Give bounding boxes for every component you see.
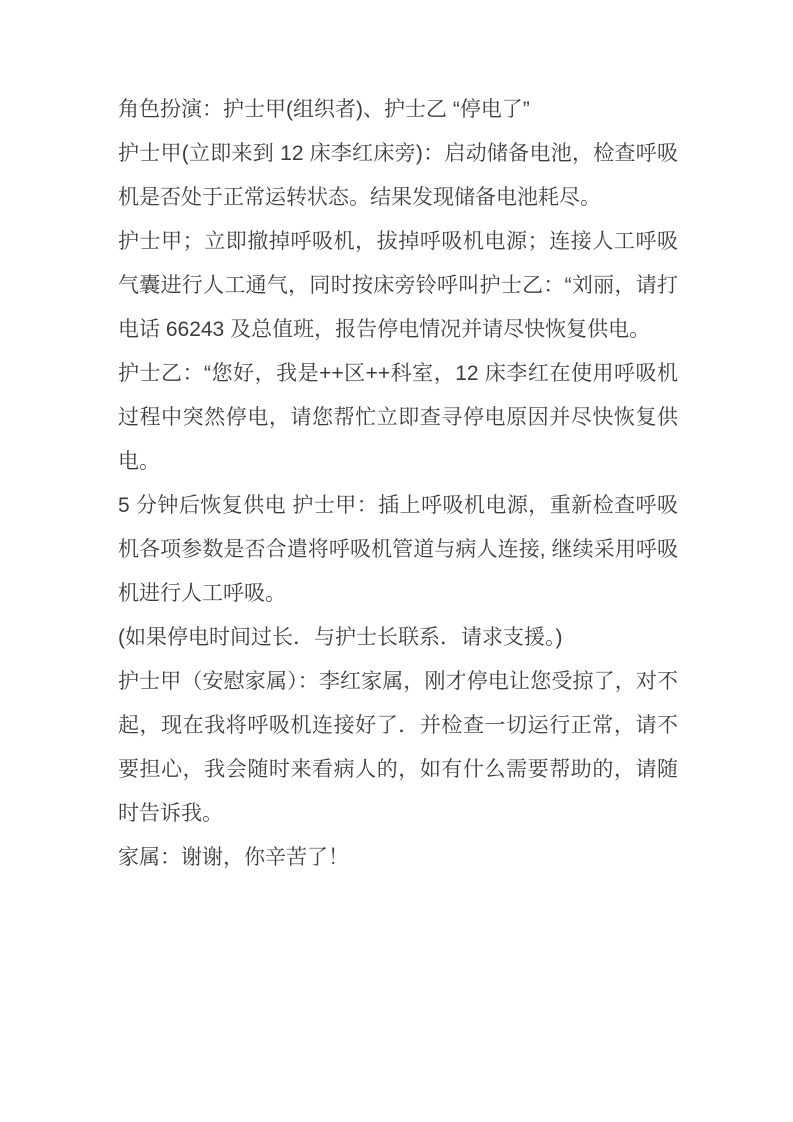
- paragraph-power-restored: 5 分钟后恢复供电 护士甲：插上呼吸机电源，重新检查呼吸机各项参数是否合遣将呼吸…: [118, 484, 678, 616]
- paragraph-family-thanks: 家属：谢谢，你辛苦了！: [118, 836, 678, 880]
- document-page: 角色扮演：护士甲(组织者)、护士乙 “停电了” 护士甲(立即来到 12 床李红床…: [0, 0, 793, 1122]
- paragraph-nurse-a-manual-ventilation: 护士甲；立即撤掉呼吸机，拔掉呼吸机电源；连接人工呼吸气囊进行人工通气，同时按床旁…: [118, 220, 678, 352]
- paragraph-roleplay-title: 角色扮演：护士甲(组织者)、护士乙 “停电了”: [118, 88, 678, 132]
- paragraph-nurse-a-check-battery: 护士甲(立即来到 12 床李红床旁)：启动储备电池，检查呼吸机是否处于正常运转状…: [118, 132, 678, 220]
- paragraph-nurse-a-comfort-family: 护士甲（安慰家属）：李红家属，刚才停电让您受掠了，对不起，现在我将呼吸机连接好了…: [118, 660, 678, 836]
- paragraph-note-contact-head-nurse: (如果停电时间过长．与护士长联系．请求支援。): [118, 616, 678, 660]
- paragraph-nurse-b-phone-call: 护士乙：“您好，我是++区++科室，12 床李红在使用呼吸机过程中突然停电，请您…: [118, 352, 678, 484]
- document-text-block: 角色扮演：护士甲(组织者)、护士乙 “停电了” 护士甲(立即来到 12 床李红床…: [118, 88, 678, 880]
